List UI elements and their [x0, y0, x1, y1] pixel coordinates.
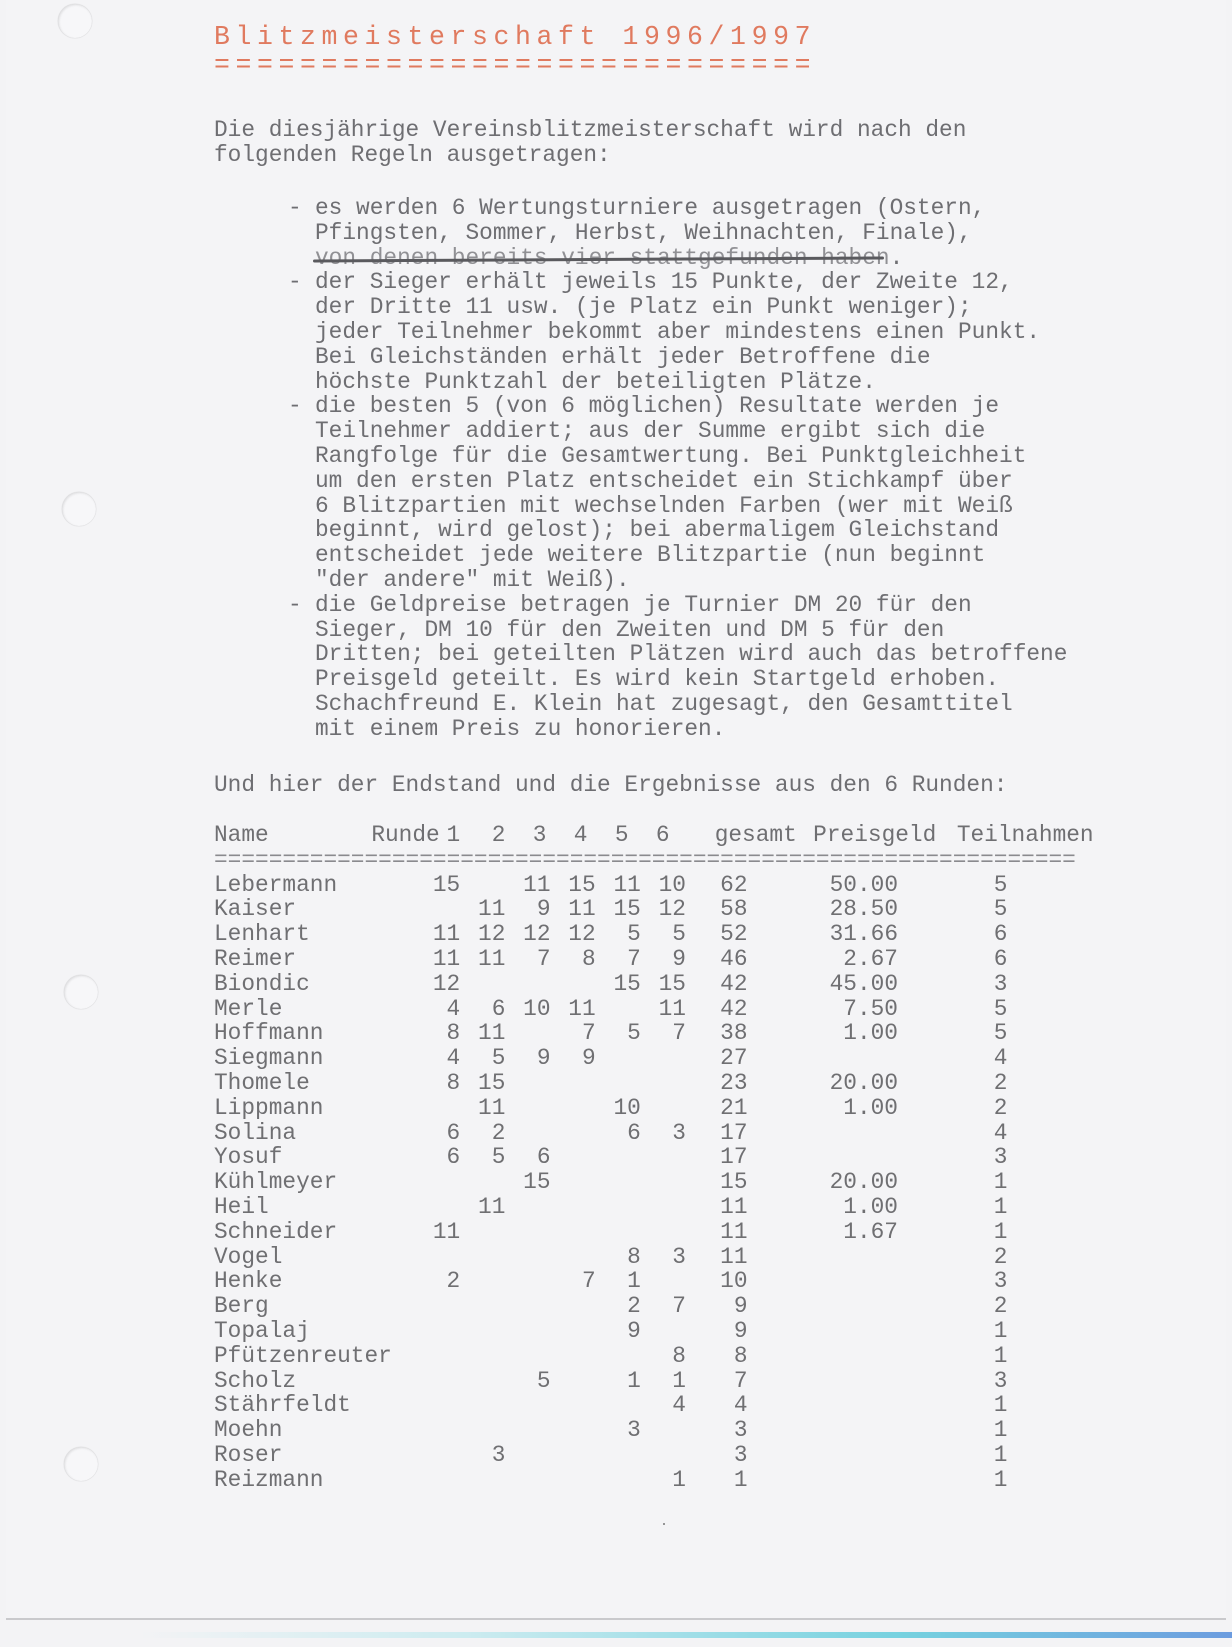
rule-item: -der Sieger erhält jeweils 15 Punkte, de… [288, 270, 1067, 394]
round-score: 5 [672, 922, 686, 947]
rule-line: Dritten; bei geteilten Plätzen wird auch… [315, 642, 1067, 667]
round-score: 11 [433, 1220, 460, 1245]
player-name: Topalaj [214, 1319, 310, 1344]
player-name: Kühlmeyer [214, 1170, 337, 1195]
table-row: Moehn331 [214, 1418, 1076, 1443]
rule-line: um den ersten Platz entscheidet ein Stic… [315, 469, 1067, 494]
round-score: 3 [627, 1418, 641, 1443]
round-score: 2 [492, 1121, 506, 1146]
header-round-6: 6 [656, 823, 670, 848]
round-score: 1 [627, 1369, 641, 1394]
scan-speck [663, 1523, 665, 1525]
total-score: 1 [734, 1468, 748, 1493]
participations: 3 [994, 972, 1008, 997]
player-name: Siegmann [214, 1046, 323, 1071]
table-row: Pfützenreuter881 [214, 1344, 1076, 1369]
round-score: 5 [492, 1145, 506, 1170]
participations: 6 [994, 947, 1008, 972]
total-score: 52 [720, 922, 747, 947]
header-name: Name [214, 823, 269, 848]
participations: 1 [994, 1393, 1008, 1418]
participations: 1 [994, 1344, 1008, 1369]
participations: 1 [994, 1170, 1008, 1195]
round-score: 7 [582, 1269, 596, 1294]
total-score: 23 [720, 1071, 747, 1096]
round-score: 9 [672, 947, 686, 972]
round-score: 11 [568, 997, 595, 1022]
round-score: 5 [492, 1046, 506, 1071]
bullet-dash: - [288, 394, 302, 419]
table-row: Reimer11117879462.676 [214, 947, 1076, 972]
prize-money: 31.66 [830, 922, 898, 947]
round-score: 9 [627, 1319, 641, 1344]
prize-money: 1.00 [843, 1195, 898, 1220]
table-row: Henke271103 [214, 1269, 1076, 1294]
round-score: 3 [492, 1443, 506, 1468]
round-score: 8 [447, 1071, 461, 1096]
player-name: Solina [214, 1121, 296, 1146]
total-score: 38 [720, 1021, 747, 1046]
bullet-dash: - [288, 196, 302, 221]
rule-line: Rangfolge für die Gesamtwertung. Bei Pun… [315, 444, 1067, 469]
round-score: 12 [568, 922, 595, 947]
prize-money: 1.00 [843, 1096, 898, 1121]
rule-line: der Dritte 11 usw. (je Platz ein Punkt w… [315, 295, 1067, 320]
round-score: 8 [582, 947, 596, 972]
player-name: Merle [214, 997, 282, 1022]
round-score: 8 [447, 1021, 461, 1046]
round-score: 12 [478, 922, 505, 947]
total-score: 11 [720, 1245, 747, 1270]
total-score: 42 [720, 997, 747, 1022]
round-score: 11 [433, 922, 460, 947]
punch-hole [62, 492, 96, 526]
table-row: Vogel83112 [214, 1245, 1076, 1270]
round-score: 2 [447, 1269, 461, 1294]
header-round-5: 5 [615, 823, 629, 848]
participations: 6 [994, 922, 1008, 947]
player-name: Scholz [214, 1369, 296, 1394]
rule-line: beginnt, wird gelost); bei abermaligem G… [315, 518, 1067, 543]
rule-line: Schachfreund E. Klein hat zugesagt, den … [315, 692, 1067, 717]
prize-money: 50.00 [830, 873, 898, 898]
round-score: 3 [672, 1245, 686, 1270]
round-score: 11 [613, 873, 640, 898]
rule-line: die besten 5 (von 6 möglichen) Resultate… [315, 394, 1067, 419]
punch-hole [64, 1447, 98, 1481]
rule-line: die Geldpreise betragen je Turnier DM 20… [315, 593, 1067, 618]
table-row: Reizmann111 [214, 1468, 1076, 1493]
round-score: 15 [659, 972, 686, 997]
round-score: 15 [568, 873, 595, 898]
participations: 5 [994, 997, 1008, 1022]
document-title: Blitzmeisterschaft 1996/1997 [214, 22, 816, 52]
round-score: 11 [478, 1096, 505, 1121]
rule-line: der Sieger erhält jeweils 15 Punkte, der… [315, 270, 1067, 295]
total-score: 9 [734, 1294, 748, 1319]
round-score: 3 [672, 1121, 686, 1146]
header-runde: Runde [371, 823, 439, 848]
rule-item: -es werden 6 Wertungsturniere ausgetrage… [288, 196, 1067, 270]
table-row: Berg2792 [214, 1294, 1076, 1319]
round-score: 10 [659, 873, 686, 898]
round-score: 9 [582, 1046, 596, 1071]
participations: 5 [994, 1021, 1008, 1046]
participations: 3 [994, 1145, 1008, 1170]
round-score: 11 [659, 997, 686, 1022]
participations: 5 [994, 873, 1008, 898]
header-teilnahmen: Teilnahmen [957, 823, 1094, 848]
total-score: 17 [720, 1121, 747, 1146]
total-score: 3 [734, 1418, 748, 1443]
results-intro: Und hier der Endstand und die Ergebnisse… [214, 773, 1007, 798]
table-row: Scholz51173 [214, 1369, 1076, 1394]
participations: 4 [994, 1121, 1008, 1146]
total-score: 15 [720, 1170, 747, 1195]
rule-line: jeder Teilnehmer bekommt aber mindestens… [315, 320, 1067, 345]
round-score: 9 [537, 897, 551, 922]
round-score: 2 [627, 1294, 641, 1319]
player-name: Heil [214, 1195, 269, 1220]
participations: 3 [994, 1269, 1008, 1294]
table-row: Heil11111.001 [214, 1195, 1076, 1220]
prize-money: 20.00 [830, 1170, 898, 1195]
total-score: 58 [720, 897, 747, 922]
header-preisgeld: Preisgeld [813, 823, 936, 848]
round-score: 15 [523, 1170, 550, 1195]
player-name: Roser [214, 1443, 282, 1468]
table-row: Roser331 [214, 1443, 1076, 1468]
rule-line: höchste Punktzahl der beteiligten Plätze… [315, 370, 1067, 395]
table-row: Hoffmann811757381.005 [214, 1021, 1076, 1046]
round-score: 11 [478, 1021, 505, 1046]
rule-item: -die Geldpreise betragen je Turnier DM 2… [288, 593, 1067, 742]
round-score: 12 [433, 972, 460, 997]
prize-money: 1.00 [843, 1021, 898, 1046]
table-row: Topalaj991 [214, 1319, 1076, 1344]
rule-line: es werden 6 Wertungsturniere ausgetragen… [315, 196, 1067, 221]
player-name: Biondic [214, 972, 310, 997]
results-table: NameRunde123456gesamtPreisgeldTeilnahmen… [214, 823, 1076, 1493]
round-score: 1 [627, 1269, 641, 1294]
round-score: 15 [478, 1071, 505, 1096]
round-score: 11 [478, 897, 505, 922]
participations: 1 [994, 1220, 1008, 1245]
prize-money: 20.00 [830, 1071, 898, 1096]
bullet-dash: - [288, 593, 302, 618]
intro-line: folgenden Regeln ausgetragen: [214, 143, 966, 168]
rule-line: Bei Gleichständen erhält jeder Betroffen… [315, 345, 1067, 370]
player-name: Yosuf [214, 1145, 282, 1170]
round-score: 7 [672, 1294, 686, 1319]
header-round-3: 3 [533, 823, 547, 848]
header-round-1: 1 [447, 823, 461, 848]
prize-money: 7.50 [843, 997, 898, 1022]
round-score: 1 [672, 1369, 686, 1394]
round-score: 7 [582, 1021, 596, 1046]
round-score: 11 [478, 947, 505, 972]
table-row: Biondic1215154245.003 [214, 972, 1076, 997]
round-score: 6 [627, 1121, 641, 1146]
participations: 2 [994, 1096, 1008, 1121]
rule-line: 6 Blitzpartien mit wechselnden Farben (w… [315, 494, 1067, 519]
total-score: 62 [720, 873, 747, 898]
participations: 2 [994, 1294, 1008, 1319]
struck-text: von denen bereits vier stattgefunden hab… [315, 246, 890, 271]
round-score: 1 [672, 1468, 686, 1493]
round-score: 4 [672, 1393, 686, 1418]
player-name: Berg [214, 1294, 269, 1319]
player-name: Lippmann [214, 1096, 323, 1121]
total-score: 8 [734, 1344, 748, 1369]
participations: 4 [994, 1046, 1008, 1071]
table-row: Siegmann4599274 [214, 1046, 1076, 1071]
total-score: 3 [734, 1443, 748, 1468]
participations: 1 [994, 1443, 1008, 1468]
round-score: 7 [672, 1021, 686, 1046]
round-score: 9 [537, 1046, 551, 1071]
rule-line: Teilnehmer addiert; aus der Summe ergibt… [315, 419, 1067, 444]
participations: 1 [994, 1195, 1008, 1220]
punch-hole [64, 975, 98, 1009]
player-name: Reimer [214, 947, 296, 972]
player-name: Pfützenreuter [214, 1344, 392, 1369]
prize-money: 45.00 [830, 972, 898, 997]
rule-item: -die besten 5 (von 6 möglichen) Resultat… [288, 394, 1067, 592]
round-score: 15 [613, 897, 640, 922]
scanner-edge [140, 1632, 1232, 1638]
player-name: Stährfeldt [214, 1393, 351, 1418]
table-row: Stährfeldt441 [214, 1393, 1076, 1418]
round-score: 5 [627, 1021, 641, 1046]
round-score: 11 [433, 947, 460, 972]
table-row: Thomele8152320.002 [214, 1071, 1076, 1096]
participations: 2 [994, 1071, 1008, 1096]
total-score: 42 [720, 972, 747, 997]
table-row: Kaiser1191115125828.505 [214, 897, 1076, 922]
rule-line: mit einem Preis zu honorieren. [315, 717, 1067, 742]
intro-paragraph: Die diesjährige Vereinsblitzmeisterschaf… [214, 118, 966, 168]
round-score: 5 [537, 1369, 551, 1394]
round-score: 8 [627, 1245, 641, 1270]
round-score: 7 [627, 947, 641, 972]
player-name: Hoffmann [214, 1021, 323, 1046]
round-score: 10 [613, 1096, 640, 1121]
player-name: Moehn [214, 1418, 282, 1443]
table-row: Yosuf656173 [214, 1145, 1076, 1170]
round-score: 10 [523, 997, 550, 1022]
round-score: 11 [478, 1195, 505, 1220]
player-name: Schneider [214, 1220, 337, 1245]
punch-hole [58, 4, 92, 38]
total-score: 7 [734, 1369, 748, 1394]
round-score: 11 [523, 873, 550, 898]
header-gesamt: gesamt [715, 823, 797, 848]
table-row: Merle46101111427.505 [214, 997, 1076, 1022]
table-row: Lenhart11121212555231.666 [214, 922, 1076, 947]
participations: 1 [994, 1418, 1008, 1443]
player-name: Lenhart [214, 922, 310, 947]
total-score: 27 [720, 1046, 747, 1071]
prize-money: 2.67 [843, 947, 898, 972]
round-score: 5 [627, 922, 641, 947]
table-row: Lippmann1110211.002 [214, 1096, 1076, 1121]
title-underline: ============================ [214, 50, 816, 80]
total-score: 17 [720, 1145, 747, 1170]
table-row: Schneider11111.671 [214, 1220, 1076, 1245]
player-name: Thomele [214, 1071, 310, 1096]
struck-suffix: . [890, 245, 904, 271]
total-score: 11 [720, 1220, 747, 1245]
participations: 2 [994, 1245, 1008, 1270]
rule-line: Pfingsten, Sommer, Herbst, Weihnachten, … [315, 221, 1067, 246]
intro-line: Die diesjährige Vereinsblitzmeisterschaf… [214, 118, 966, 143]
prize-money: 1.67 [843, 1220, 898, 1245]
round-score: 4 [447, 997, 461, 1022]
round-score: 7 [537, 947, 551, 972]
round-score: 12 [659, 897, 686, 922]
header-rule: ========================================… [214, 848, 1076, 873]
participations: 1 [994, 1319, 1008, 1344]
bullet-dash: - [288, 270, 302, 295]
total-score: 46 [720, 947, 747, 972]
participations: 3 [994, 1369, 1008, 1394]
round-score: 4 [447, 1046, 461, 1071]
round-score: 15 [613, 972, 640, 997]
round-score: 15 [433, 873, 460, 898]
total-score: 11 [720, 1195, 747, 1220]
table-row: Lebermann15111511106250.005 [214, 873, 1076, 898]
round-score: 6 [492, 997, 506, 1022]
participations: 1 [994, 1468, 1008, 1493]
total-score: 4 [734, 1393, 748, 1418]
paper-sheet: Blitzmeisterschaft 1996/1997 ===========… [6, 0, 1226, 1620]
rule-line: entscheidet jede weitere Blitzpartie (nu… [315, 543, 1067, 568]
round-score: 6 [447, 1121, 461, 1146]
player-name: Henke [214, 1269, 282, 1294]
total-score: 10 [720, 1269, 747, 1294]
player-name: Reizmann [214, 1468, 323, 1493]
header-round-2: 2 [492, 823, 506, 848]
round-score: 6 [447, 1145, 461, 1170]
header-round-4: 4 [574, 823, 588, 848]
player-name: Lebermann [214, 873, 337, 898]
struck-out-line: von denen bereits vier stattgefunden hab… [315, 246, 1067, 271]
table-row: Kühlmeyer151520.001 [214, 1170, 1076, 1195]
round-score: 8 [672, 1344, 686, 1369]
table-row: Solina6263174 [214, 1121, 1076, 1146]
total-score: 21 [720, 1096, 747, 1121]
rules-list: -es werden 6 Wertungsturniere ausgetrage… [288, 196, 1067, 742]
round-score: 11 [568, 897, 595, 922]
rule-line: Sieger, DM 10 für den Zweiten und DM 5 f… [315, 618, 1067, 643]
table-header: NameRunde123456gesamtPreisgeldTeilnahmen [214, 823, 1076, 848]
rule-line: "der andere" mit Weiß). [315, 568, 1067, 593]
player-name: Vogel [214, 1245, 282, 1270]
player-name: Kaiser [214, 897, 296, 922]
total-score: 9 [734, 1319, 748, 1344]
rule-line: Preisgeld geteilt. Es wird kein Startgel… [315, 667, 1067, 692]
prize-money: 28.50 [830, 897, 898, 922]
round-score: 12 [523, 922, 550, 947]
participations: 5 [994, 897, 1008, 922]
round-score: 6 [537, 1145, 551, 1170]
